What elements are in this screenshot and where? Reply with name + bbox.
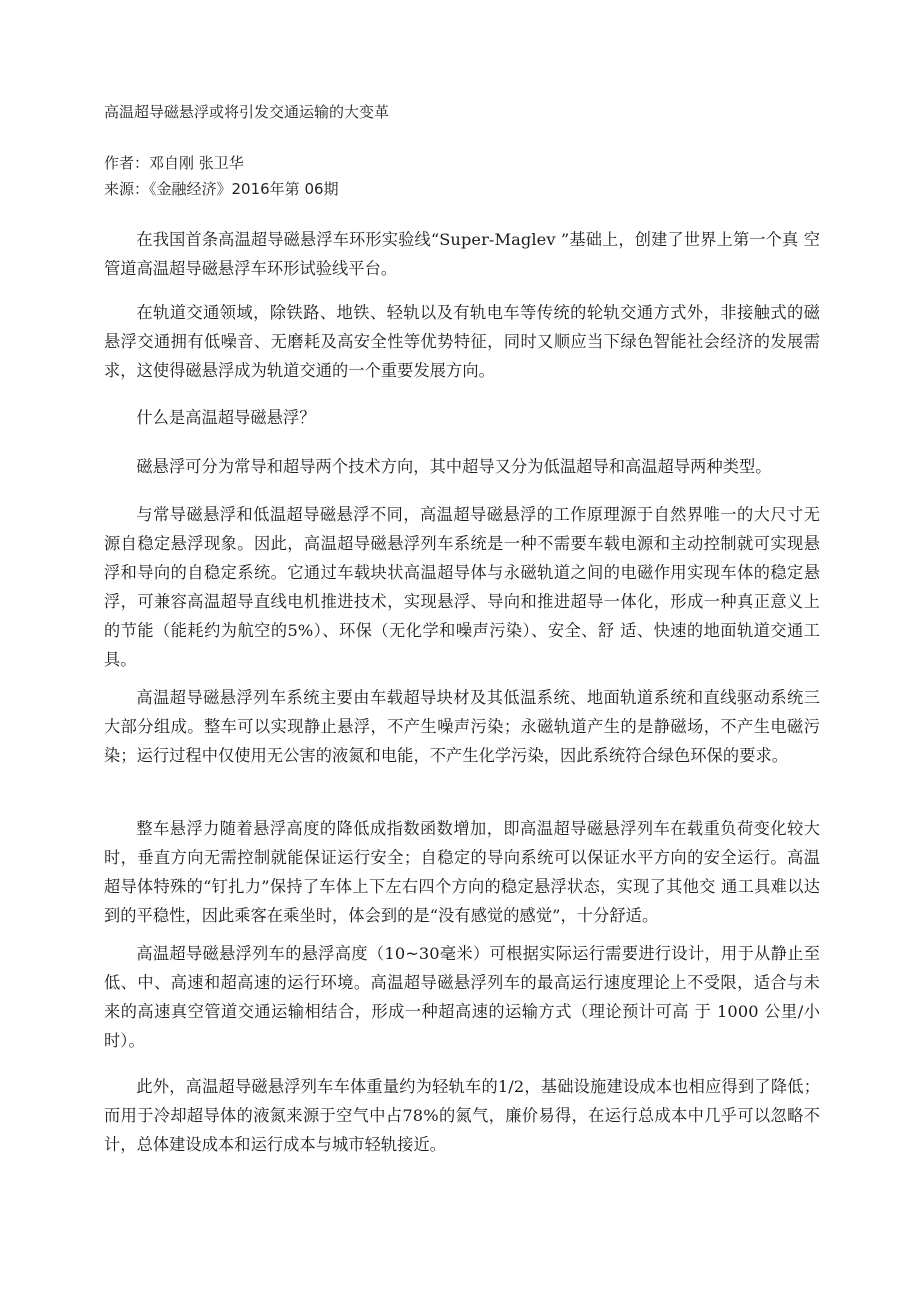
source-line: 来源：《金融经济》2016年第 06期 xyxy=(104,178,339,200)
paragraph-stability: 整车悬浮力随着悬浮高度的降低成指数函数增加，即高温超导磁悬浮列车在载重负荷变化较… xyxy=(104,814,820,930)
section-heading-what-is: 什么是高温超导磁悬浮？ xyxy=(104,403,820,432)
paragraph-system-components: 高温超导磁悬浮列车系统主要由车载超导块材及其低温系统、地面轨道系统和直线驱动系统… xyxy=(104,683,820,770)
paragraph-cost: 此外，高温超导磁悬浮列车车体重量约为轻轨车的1/2，基础设施建设成本也相应得到了… xyxy=(104,1072,820,1159)
paragraph-intro: 在我国首条高温超导磁悬浮车环形实验线“Super-Maglev ”基础上，创建了… xyxy=(104,225,820,283)
paragraph-types: 磁悬浮可分为常导和超导两个技术方向，其中超导又分为低温超导和高温超导两种类型。 xyxy=(104,452,820,481)
paragraph-rail-transit: 在轨道交通领域，除铁路、地铁、轻轨以及有轨电车等传统的轮轨交通方式外，非接触式的… xyxy=(104,298,820,385)
article-title: 高温超导磁悬浮或将引发交通运输的大变革 xyxy=(104,102,389,122)
paragraph-speed: 高温超导磁悬浮列车的悬浮高度（10~30毫米）可根据实际运行需要进行设计，用于从… xyxy=(104,939,820,1055)
paragraph-principle: 与常导磁悬浮和低温超导磁悬浮不同，高温超导磁悬浮的工作原理源于自然界唯一的大尺寸… xyxy=(104,500,820,674)
author-line: 作者：邓自刚 张卫华 xyxy=(104,152,244,174)
